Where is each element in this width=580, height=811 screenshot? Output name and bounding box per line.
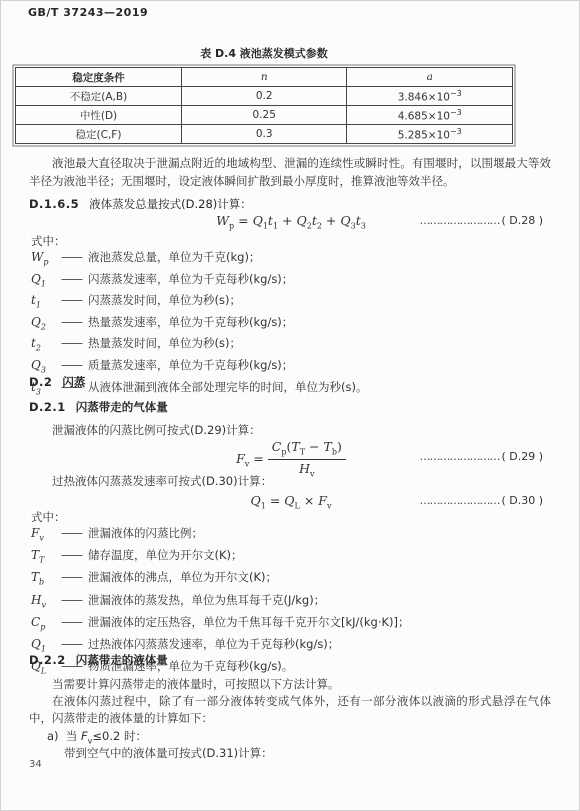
paragraph-d30-intro: 过热液体闪蒸蒸发速率可按式(D.30)计算： xyxy=(29,473,551,491)
clause-d21: D.2.1闪蒸带走的气体量 xyxy=(29,399,168,415)
paragraph-d22-method: 当需要计算闪蒸带走的液体量时，可按照以下方法计算。 xyxy=(29,676,551,694)
cell-n: 0.25 xyxy=(181,106,347,125)
cell-condition: 稳定(C,F) xyxy=(16,125,182,144)
clause-number: D.1.6.5 xyxy=(29,197,79,211)
list-item-marker: a) xyxy=(47,729,59,743)
definition-line: Fv——泄漏液体的闪蒸比例； xyxy=(31,525,410,547)
definition-text: 质量蒸发速率，单位为千克每秒(kg/s)； xyxy=(88,357,293,374)
where-label-2: 式中： xyxy=(31,509,66,527)
table-row: 中性(D) 0.25 4.685×10−3 xyxy=(16,106,513,125)
col-header-n: n xyxy=(181,68,347,87)
definition-text: 闪蒸蒸发时间，单位为秒(s)； xyxy=(88,292,241,309)
clause-d165: D.1.6.5液体蒸发总量按式(D.28)计算： xyxy=(29,196,252,212)
definition-line: Hv——泄漏液体的蒸发热，单位为焦耳每千克(J/kg)； xyxy=(31,592,410,614)
definition-text: 泄漏液体的蒸发热，单位为焦耳每千克(J/kg)； xyxy=(88,592,325,610)
cell-n: 0.2 xyxy=(181,87,347,106)
standard-number: GB/T 37243—2019 xyxy=(28,6,148,19)
table-d4-header: 稳定度条件 n a xyxy=(16,68,513,87)
formula-d29-row: Fv = Cp(TT − Tb)Hv ……………………( D.29 ) xyxy=(29,439,553,475)
definition-line: Tb——泄漏液体的沸点，单位为开尔文(K)； xyxy=(31,569,410,591)
table-row: 不稳定(A,B) 0.2 3.846×10−3 xyxy=(16,87,513,106)
definition-text: 储存温度，单位为开尔文(K)； xyxy=(88,547,243,565)
document-page: GB/T 37243—2019 表 D.4 液池蒸发模式参数 稳定度条件 n a… xyxy=(0,0,580,811)
definition-text: 泄漏液体的定压热容，单位为千焦耳每千克开尔文[kJ/(kg·K)]； xyxy=(88,614,410,632)
cell-a: 3.846×10−3 xyxy=(347,87,513,106)
definition-line: Cp——泄漏液体的定压热容，单位为千焦耳每千克开尔文[kJ/(kg·K)]； xyxy=(31,614,410,636)
dot-leader: …………………… xyxy=(419,450,499,463)
definition-line: t2——热量蒸发时间，单位为秒(s)； xyxy=(31,335,367,357)
definition-text: 液池蒸发总量，单位为千克(kg)； xyxy=(88,249,260,266)
col-header-stability: 稳定度条件 xyxy=(16,68,182,87)
definition-line: Q2——热量蒸发速率，单位为千克每秒(kg/s)； xyxy=(31,314,367,336)
paragraph-d22-flash: 在液体闪蒸过程中，除了有一部分液体转变成气体外，还有一部分液体以液滴的形式悬浮在… xyxy=(29,693,551,727)
formula-d30: Q1 = QL × Fv xyxy=(251,493,332,508)
table-d4: 稳定度条件 n a 不稳定(A,B) 0.2 3.846×10−3 中性(D) … xyxy=(15,67,513,144)
cell-condition: 中性(D) xyxy=(16,106,182,125)
definition-line: TT——储存温度，单位为开尔文(K)； xyxy=(31,547,410,569)
dot-leader: …………………… xyxy=(419,214,499,227)
formula-d28-row: Wp = Q1t1 + Q2t2 + Q3t3 ……………………( D.28 ) xyxy=(29,211,553,231)
clause-title: 液体蒸发总量按式(D.28)计算： xyxy=(89,197,252,211)
definition-text: 热量蒸发时间，单位为秒(s)； xyxy=(88,335,241,352)
paragraph-d29-intro: 泄漏液体的闪蒸比例可按式(D.29)计算： xyxy=(29,422,551,440)
definition-text: 泄漏液体的沸点，单位为开尔文(K)； xyxy=(88,569,277,587)
paragraph-d31-intro: 带到空气中的液体量可按式(D.31)计算： xyxy=(64,745,273,763)
table-caption: 表 D.4 液池蒸发模式参数 xyxy=(15,45,513,61)
paragraph-pool-diameter: 液池最大直径取决于泄漏点附近的地域构型、泄漏的连续性或瞬时性。有围堰时，以围堰最… xyxy=(29,155,551,190)
definition-text: 泄漏液体的闪蒸比例； xyxy=(88,525,203,543)
formula-d29-label: ……………………( D.29 ) xyxy=(419,439,543,475)
formula-d30-row: Q1 = QL × Fv ……………………( D.30 ) xyxy=(29,491,553,511)
clause-d2: D.2闪蒸 xyxy=(29,374,85,390)
cell-a: 4.685×10−3 xyxy=(347,106,513,125)
table-row: 稳定(C,F) 0.3 5.285×10−3 xyxy=(16,125,513,144)
dot-leader: …………………… xyxy=(419,494,499,507)
list-item-text: 当 Fv≤0.2 时： xyxy=(66,729,147,743)
table-header-row: 稳定度条件 n a xyxy=(16,68,513,87)
page-number: 34 xyxy=(29,759,42,770)
definition-line: t1——闪蒸蒸发时间，单位为秒(s)； xyxy=(31,292,367,314)
cell-condition: 不稳定(A,B) xyxy=(16,87,182,106)
formula-d28: Wp = Q1t1 + Q2t2 + Q3t3 xyxy=(216,213,366,228)
definition-line: Q1——闪蒸蒸发速率，单位为千克每秒(kg/s)； xyxy=(31,271,367,293)
formula-d28-label: ……………………( D.28 ) xyxy=(419,211,543,231)
definition-text: 闪蒸蒸发速率，单位为千克每秒(kg/s)； xyxy=(88,271,293,288)
col-header-a: a xyxy=(347,68,513,87)
cell-n: 0.3 xyxy=(181,125,347,144)
formula-d29: Fv = Cp(TT − Tb)Hv xyxy=(236,451,346,466)
definition-text: 从液体泄漏到液体全部处理完毕的时间，单位为秒(s)。 xyxy=(88,379,367,396)
clause-d22: D.2.2闪蒸带走的液体量 xyxy=(29,652,168,668)
formula-d30-label: ……………………( D.30 ) xyxy=(419,491,543,511)
where-label-1: 式中： xyxy=(31,233,66,251)
cell-a: 5.285×10−3 xyxy=(347,125,513,144)
definition-line: Wp——液池蒸发总量，单位为千克(kg)； xyxy=(31,249,367,271)
table-d4-body: 不稳定(A,B) 0.2 3.846×10−3 中性(D) 0.25 4.685… xyxy=(16,87,513,144)
definition-text: 热量蒸发速率，单位为千克每秒(kg/s)； xyxy=(88,314,293,331)
